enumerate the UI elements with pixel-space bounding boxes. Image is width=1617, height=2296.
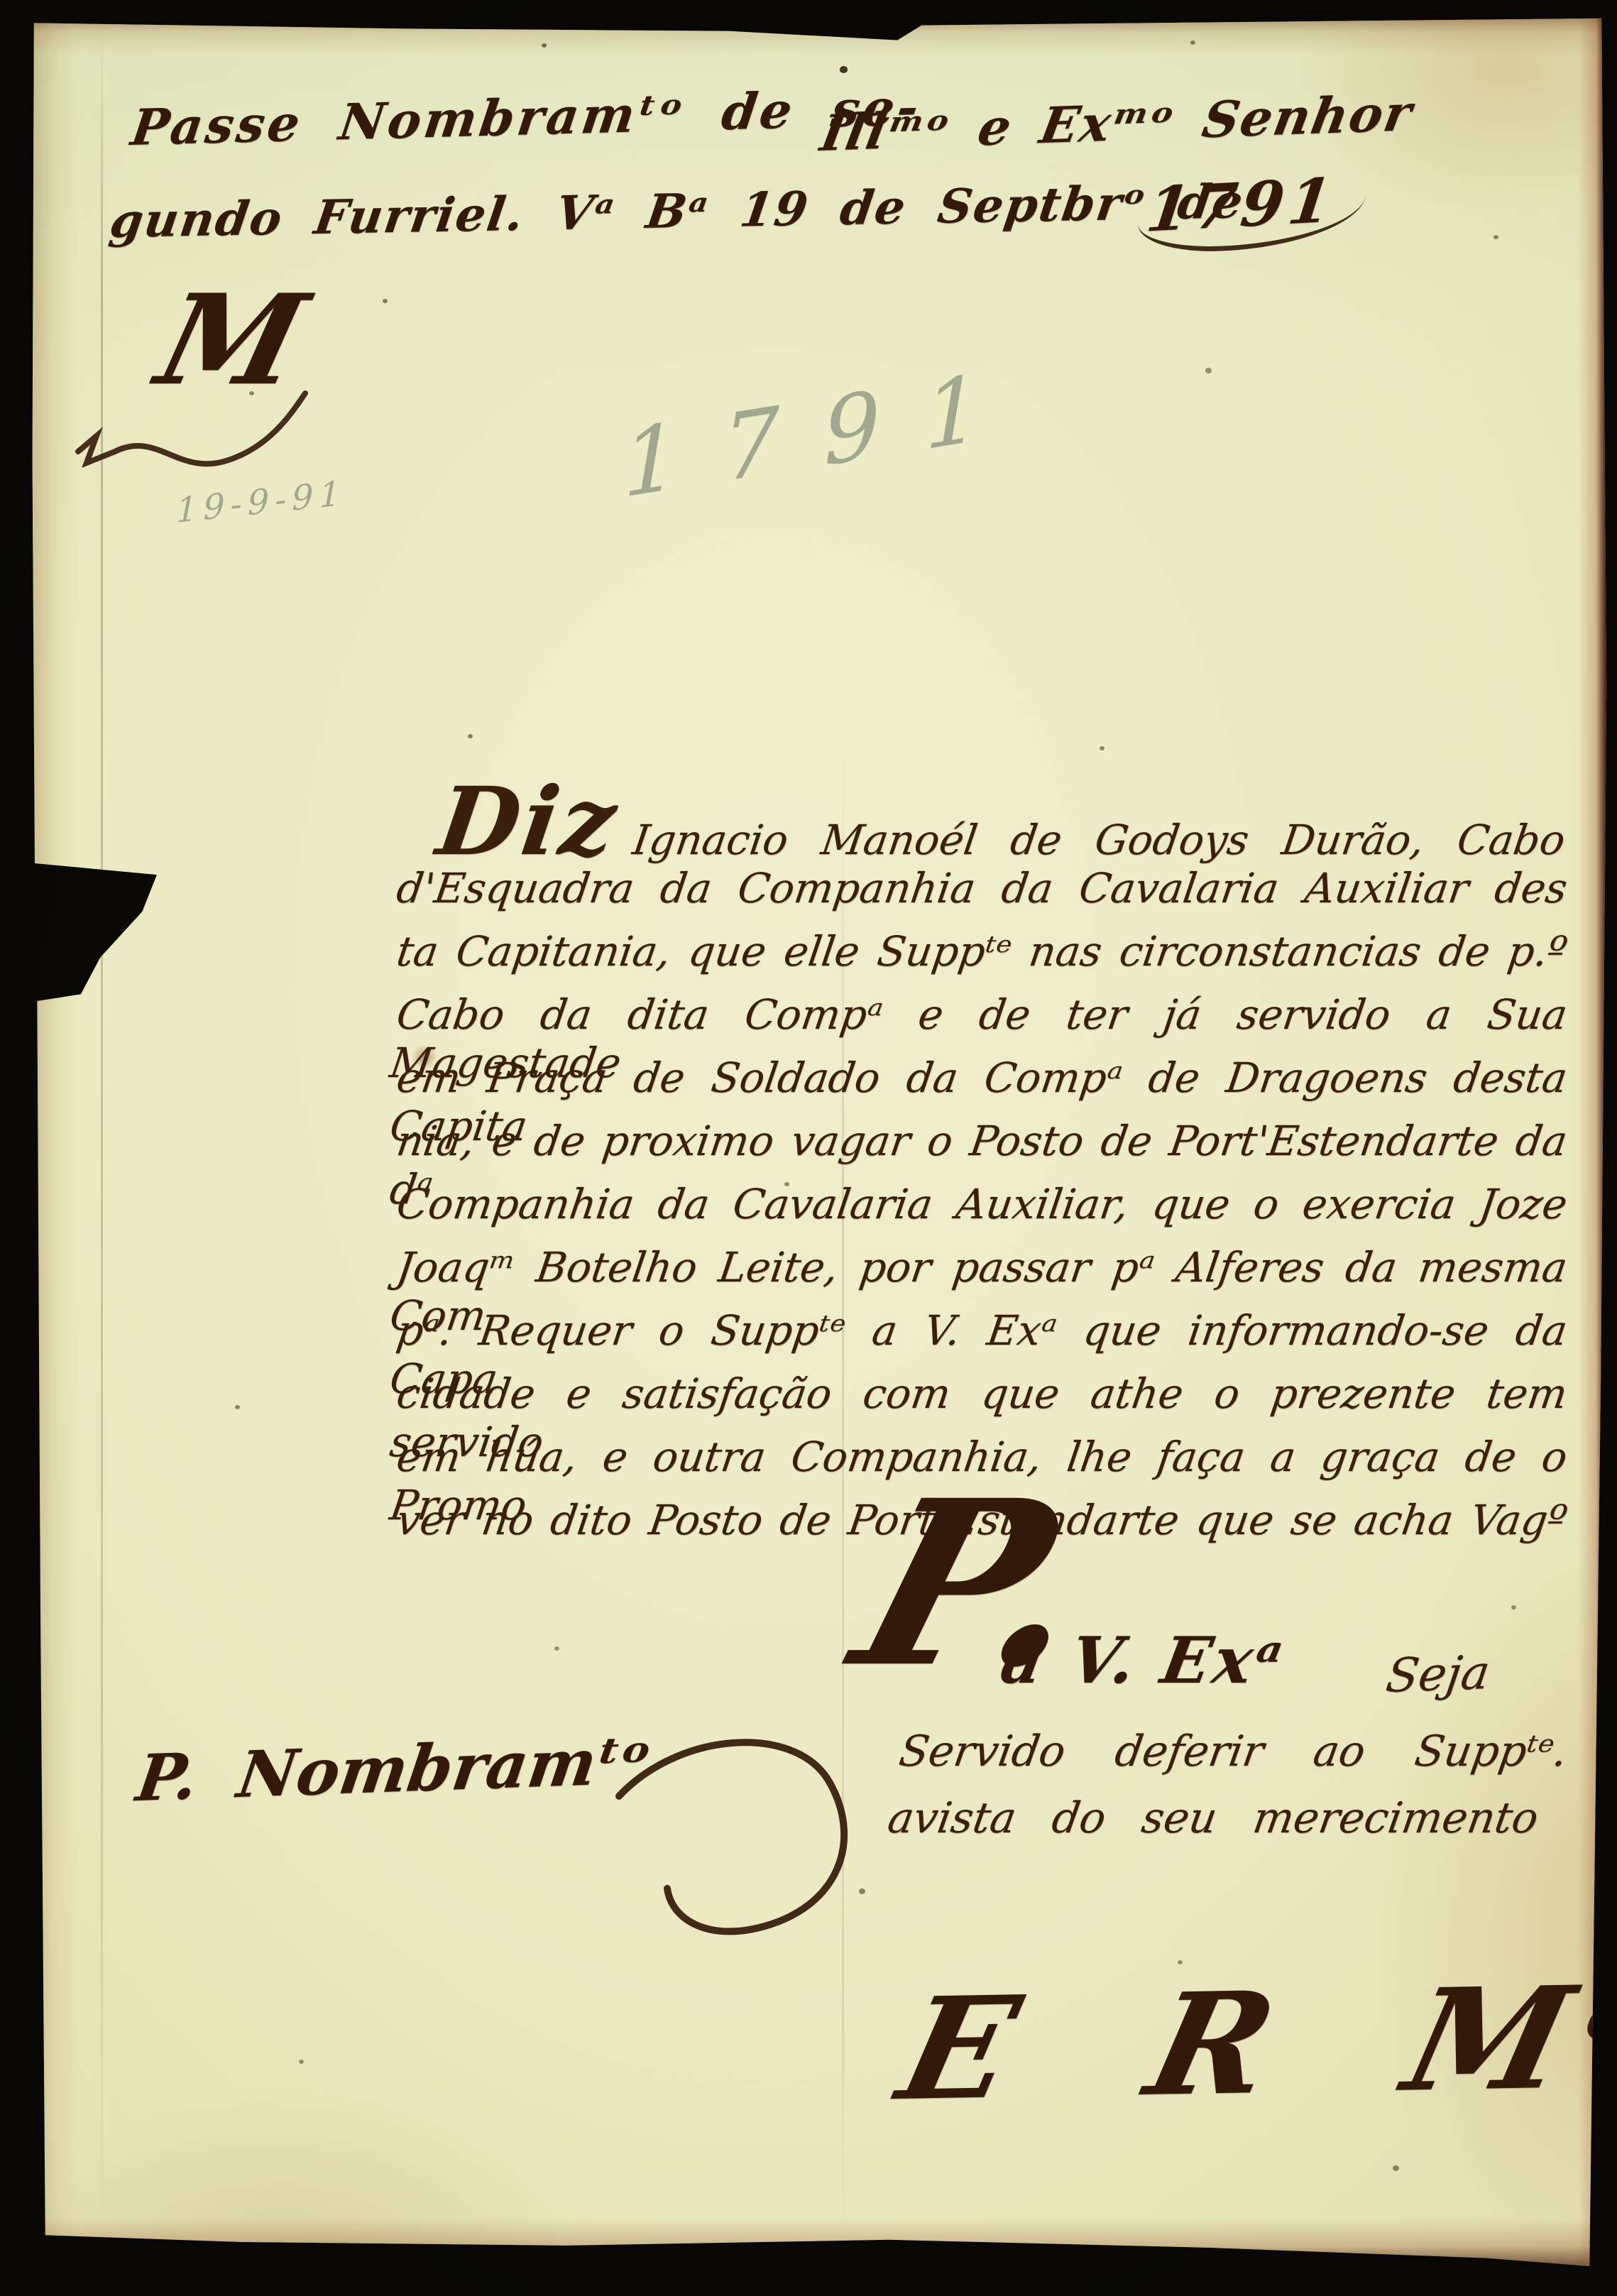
- filing-note-line2: gundo Furriel. Vᵃ Bᵃ 19 de Septbrᵒ de: [106, 173, 1248, 248]
- body-line: nia, e de proximo vagar o Posto de Port'…: [392, 1117, 1571, 1180]
- pencil-year-annotation: 1791: [621, 349, 1025, 519]
- petition-grant-line: Servido deferir ao Suppᵗᵉ.: [896, 1727, 1571, 1776]
- petition-merit-line: avista do seu merecimento: [884, 1793, 1542, 1843]
- paper-crease-left: [101, 24, 103, 2236]
- body-line: cidade e satisfação com que athe o preze…: [392, 1370, 1571, 1433]
- side-note-flourish-icon: [608, 1718, 913, 1959]
- body-line: ta Capitania, que elle Suppᵗᵉ nas circon…: [392, 927, 1571, 990]
- closing-formula: E R Mᶜᵉ: [889, 1965, 1617, 2120]
- body-line: Diz Ignacio Manoél de Godoys Durão, Cabo: [433, 801, 1571, 864]
- ink-specks: [0, 0, 4, 3]
- drop-cap-diz: Diz: [436, 801, 620, 843]
- body-line-text: Ignacio Manoél de Godoys Durão, Cabo: [630, 816, 1568, 864]
- side-note-nombramento: P. Nombramᵗᵒ: [132, 1723, 655, 1816]
- photo-background: Passe Nombramᵗᵒ de se- Illᵐᵒ e Exᵐᵒ Senh…: [0, 0, 1617, 2296]
- manuscript-paper: Passe Nombramᵗᵒ de se- Illᵐᵒ e Exᵐᵒ Senh…: [0, 0, 1617, 2296]
- date-year-underlined: 1791: [1134, 163, 1370, 256]
- petition-body: Diz Ignacio Manoél de Godoys Durão, Cabo…: [396, 801, 1566, 1559]
- body-line: Cabo da dita Compᵃ e de ter já servido a…: [392, 990, 1571, 1054]
- filing-note-line1: Passe Nombramᵗᵒ de se-: [128, 77, 925, 157]
- body-line: pᵃ. Requer o Suppᵗᵉ a V. Exᵃ que informa…: [392, 1306, 1571, 1370]
- body-line: Companhia da Cavalaria Auxiliar, que o e…: [392, 1180, 1571, 1243]
- petition-address-v-exa: a V. Exᵃ: [995, 1623, 1290, 1698]
- petition-seja: Seja: [1383, 1645, 1493, 1703]
- body-line: em Praça de Soldado da Compᵃ de Dragoens…: [392, 1054, 1571, 1117]
- body-line: Joaqᵐ Botelho Leite, por passar pᵃ Alfer…: [392, 1243, 1571, 1306]
- body-line: d'Esquadra da Companhia da Cavalaria Aux…: [392, 864, 1571, 927]
